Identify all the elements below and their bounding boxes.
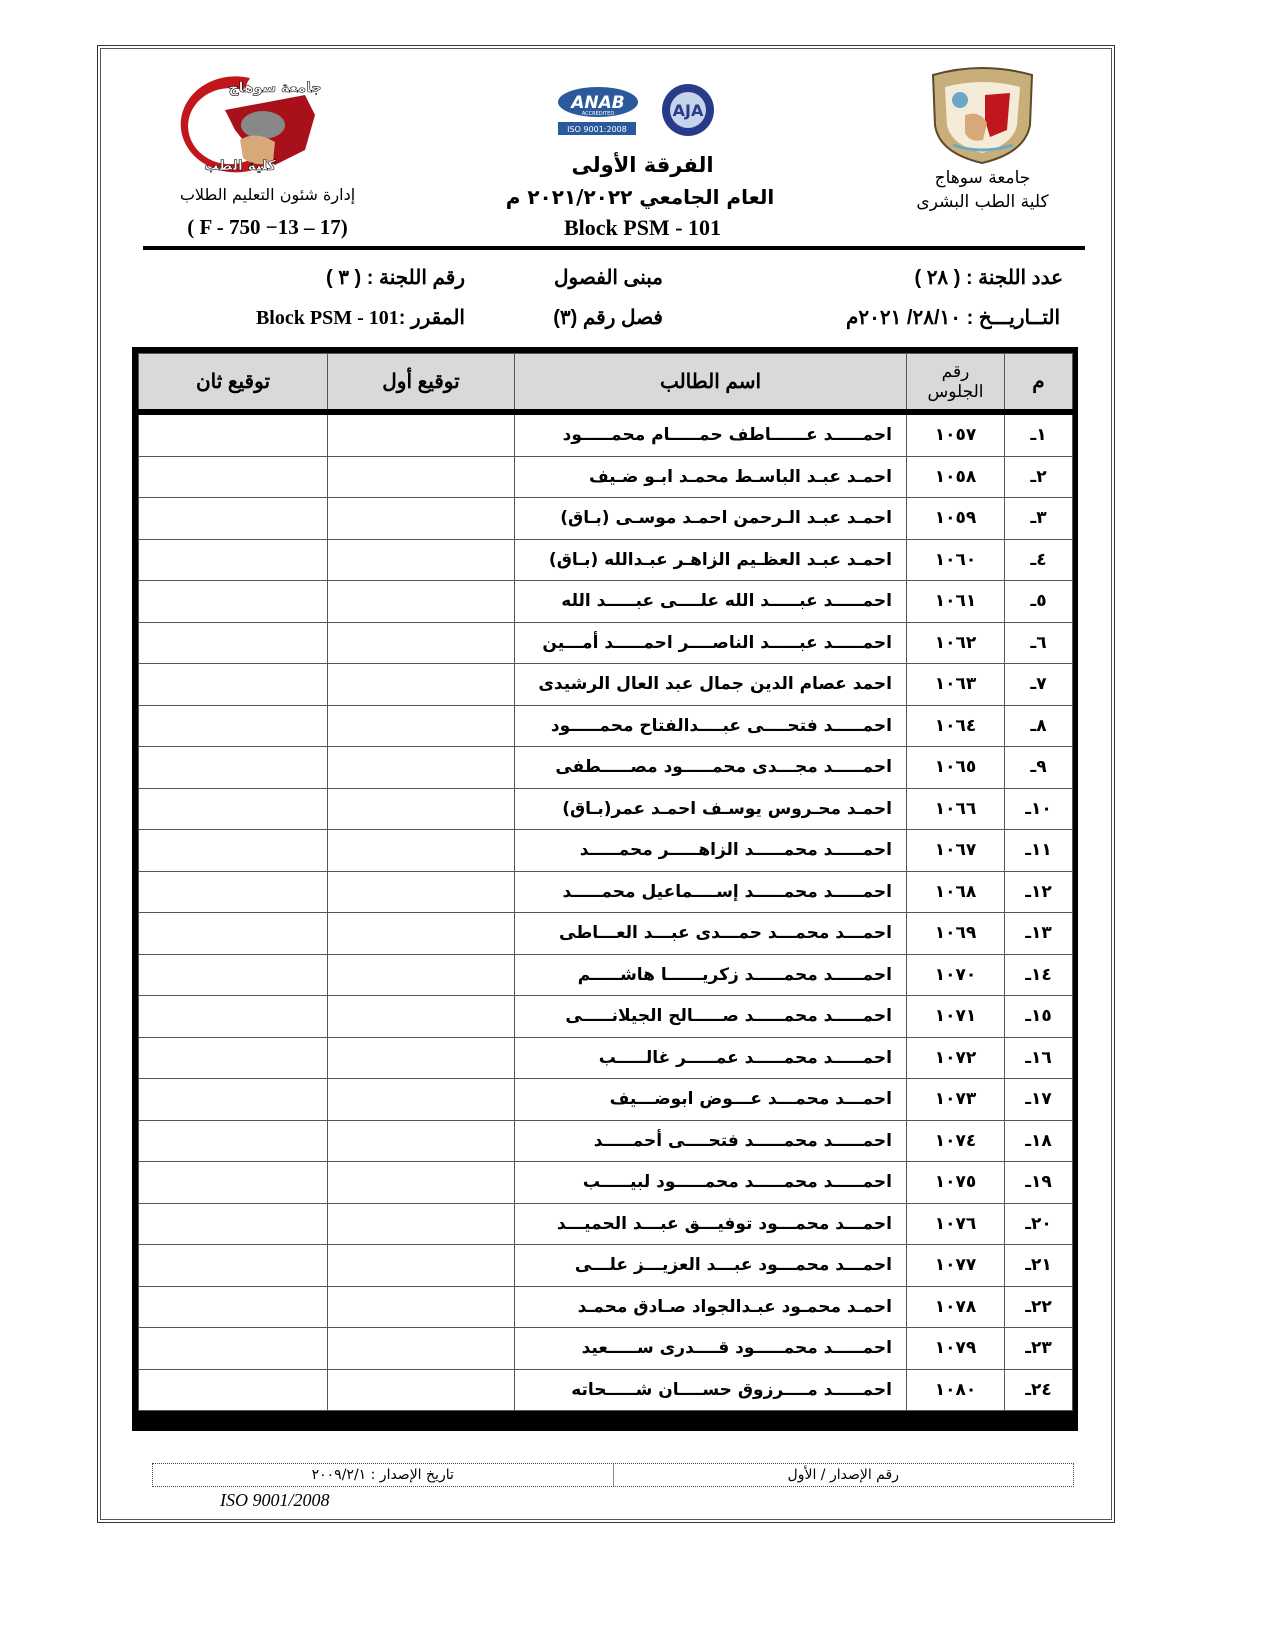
student-name: احمـــــد محمـــــد صـــــالح الجيلانـــ… [515, 996, 907, 1038]
first-signature-cell[interactable] [328, 498, 515, 540]
first-signature-cell[interactable] [328, 1037, 515, 1079]
table-row: ١ـ١٠٥٧احمـــــد عــــــاطف حمـــــام محم… [139, 412, 1073, 456]
table-row: ٢٠ـ١٠٧٦احمـــد محمـــود توفيـــق عبـــد … [139, 1203, 1073, 1245]
table-row: ١٥ـ١٠٧١احمـــــد محمـــــد صـــــالح الج… [139, 996, 1073, 1038]
first-signature-cell[interactable] [328, 539, 515, 581]
seat-number: ١٠٦٨ [907, 871, 1005, 913]
student-name: احمـــد محمـــد حمـــدى عبـــد العـــاطى [515, 913, 907, 955]
seat-number: ١٠٦٣ [907, 664, 1005, 706]
second-signature-cell[interactable] [139, 788, 328, 830]
student-name: احمـــــد عــــــاطف حمـــــام محمـــــو… [515, 412, 907, 456]
university-name: جامعة سوهاج [905, 168, 1060, 188]
table-row: ١٠ـ١٠٦٦احمـد محـروس يوسـف احمـد عمر(بـاق… [139, 788, 1073, 830]
academic-level: الفرقة الأولى [500, 153, 785, 177]
form-code: ( F - 750 −13 – 17) [160, 215, 375, 240]
seat-number: ١٠٧٧ [907, 1245, 1005, 1287]
first-signature-cell[interactable] [328, 1286, 515, 1328]
second-signature-cell[interactable] [139, 664, 328, 706]
student-name: احمـد محـروس يوسـف احمـد عمر(بـاق) [515, 788, 907, 830]
row-index: ٥ـ [1005, 581, 1073, 623]
column-header-seat-number: رقم الجلوس [907, 354, 1005, 413]
row-index: ١٠ـ [1005, 788, 1073, 830]
second-signature-cell[interactable] [139, 830, 328, 872]
second-signature-cell[interactable] [139, 1286, 328, 1328]
student-name: احمـــــد مــــرزوق حســــان شـــــحاته [515, 1369, 907, 1411]
committee-number: رقم اللجنة : ( ٣ ) [326, 265, 465, 290]
table-row: ١٧ـ١٠٧٣احمـــد محمـــد عـــوض ابوضـــيف [139, 1079, 1073, 1121]
seat-number: ١٠٧٣ [907, 1079, 1005, 1121]
first-signature-cell[interactable] [328, 1079, 515, 1121]
row-index: ١٢ـ [1005, 871, 1073, 913]
second-signature-cell[interactable] [139, 1203, 328, 1245]
seat-number: ١٠٨٠ [907, 1369, 1005, 1411]
table-row: ٢١ـ١٠٧٧احمـــد محمـــود عبـــد العزيـــز… [139, 1245, 1073, 1287]
student-name: احمـــد محمـــود عبـــد العزيـــز علـــى [515, 1245, 907, 1287]
second-signature-cell[interactable] [139, 913, 328, 955]
first-signature-cell[interactable] [328, 996, 515, 1038]
issue-info-box: رقم الإصدار / الأول تاريخ الإصدار : ٢٠٠٩… [152, 1463, 1074, 1487]
student-name: احمـــــد محمـــــد محمـــــود لبيـــــب [515, 1162, 907, 1204]
seat-number: ١٠٦٢ [907, 622, 1005, 664]
row-index: ٤ـ [1005, 539, 1073, 581]
row-index: ٢٤ـ [1005, 1369, 1073, 1411]
first-signature-cell[interactable] [328, 788, 515, 830]
second-signature-cell[interactable] [139, 622, 328, 664]
first-signature-cell[interactable] [328, 456, 515, 498]
second-signature-cell[interactable] [139, 1120, 328, 1162]
table-row: ٥ـ١٠٦١احمـــــد عبـــــد الله علــــى عب… [139, 581, 1073, 623]
table-header-row: م رقم الجلوس اسم الطالب توقيع أول توقيع … [139, 354, 1073, 413]
student-name: احمـد محمـود عبـدالجواد صـادق محمـد [515, 1286, 907, 1328]
course: المقرر :Block PSM - 101 [256, 305, 465, 330]
table-row: ١٩ـ١٠٧٥احمـــــد محمـــــد محمـــــود لب… [139, 1162, 1073, 1204]
second-signature-cell[interactable] [139, 498, 328, 540]
row-index: ١ـ [1005, 412, 1073, 456]
building: مبنى الفصول [554, 265, 663, 290]
second-signature-cell[interactable] [139, 996, 328, 1038]
committee-count: عدد اللجنة : ( ٢٨ ) [914, 265, 1063, 290]
table-row: ١٤ـ١٠٧٠احمـــــد محمـــــد زكريــــــا ه… [139, 954, 1073, 996]
table-row: ١٢ـ١٠٦٨احمـــــد محمـــــد إســــماعيل م… [139, 871, 1073, 913]
seat-number: ١٠٦٦ [907, 788, 1005, 830]
faculty-name: كلية الطب البشرى [905, 192, 1060, 212]
first-signature-cell[interactable] [328, 412, 515, 456]
first-signature-cell[interactable] [328, 1120, 515, 1162]
course-label: المقرر : [399, 307, 465, 329]
seat-number: ١٠٦٩ [907, 913, 1005, 955]
student-roster-table: م رقم الجلوس اسم الطالب توقيع أول توقيع … [138, 353, 1073, 1411]
student-name: احمد عصام الدين جمال عبد العال الرشيدى [515, 664, 907, 706]
seat-number: ١٠٧٩ [907, 1328, 1005, 1370]
issue-date: تاريخ الإصدار : ٢٠٠٩/٢/١ [153, 1464, 614, 1486]
academic-year: العام الجامعي ٢٠٢١/٢٠٢٢ م [480, 185, 800, 209]
second-signature-cell[interactable] [139, 1328, 328, 1370]
row-index: ٦ـ [1005, 622, 1073, 664]
seat-number: ١٠٦٧ [907, 830, 1005, 872]
row-index: ١٥ـ [1005, 996, 1073, 1038]
exam-date: التــاريـــخ : ٢٨/١٠/ ٢٠٢١م [846, 305, 1060, 330]
course-value: Block PSM - 101 [256, 307, 399, 329]
second-signature-cell[interactable] [139, 1162, 328, 1204]
seat-number: ١٠٧١ [907, 996, 1005, 1038]
second-signature-cell[interactable] [139, 1037, 328, 1079]
svg-text:كلية الطب: كلية الطب [204, 158, 276, 174]
table-row: ٩ـ١٠٦٥احمـــــد مجـــدى محمـــــود مصـــ… [139, 747, 1073, 789]
table-row: ٢٢ـ١٠٧٨احمـد محمـود عبـدالجواد صـادق محم… [139, 1286, 1073, 1328]
seat-number: ١٠٦٤ [907, 705, 1005, 747]
row-index: ٢٠ـ [1005, 1203, 1073, 1245]
seat-number: ١٠٧٥ [907, 1162, 1005, 1204]
first-signature-cell[interactable] [328, 830, 515, 872]
row-index: ١٨ـ [1005, 1120, 1073, 1162]
anab-aja-accreditation-logos-icon: ANAB ACCREDITED ISO 9001:2008 AJA [555, 82, 727, 140]
table-row: ٢٤ـ١٠٨٠احمـــــد مــــرزوق حســــان شـــ… [139, 1369, 1073, 1411]
first-signature-cell[interactable] [328, 913, 515, 955]
student-name: احمـد عبـد العظـيم الزاهـر عبـدالله (بـا… [515, 539, 907, 581]
svg-text:ACCREDITED: ACCREDITED [582, 111, 614, 117]
student-name: احمـــــد فتحــــى عبــــدالفتاح محمــــ… [515, 705, 907, 747]
row-index: ١٣ـ [1005, 913, 1073, 955]
seat-number: ١٠٦٠ [907, 539, 1005, 581]
seat-number: ١٠٧٤ [907, 1120, 1005, 1162]
table-row: ١٨ـ١٠٧٤احمـــــد محمـــــد فتحــــى أحمـ… [139, 1120, 1073, 1162]
row-index: ٧ـ [1005, 664, 1073, 706]
second-signature-cell[interactable] [139, 412, 328, 456]
block-code: Block PSM - 101 [500, 215, 785, 241]
student-name: احمـــد محمـــود توفيـــق عبـــد الحميــ… [515, 1203, 907, 1245]
row-index: ١٧ـ [1005, 1079, 1073, 1121]
row-index: ٢٣ـ [1005, 1328, 1073, 1370]
seat-number: ١٠٧٢ [907, 1037, 1005, 1079]
table-row: ٨ـ١٠٦٤احمـــــد فتحــــى عبــــدالفتاح م… [139, 705, 1073, 747]
table-row: ٢ـ١٠٥٨احمـد عبـد الباسـط محمـد ابـو ضـيف [139, 456, 1073, 498]
first-signature-cell[interactable] [328, 1369, 515, 1411]
student-name: احمـد عبـد الـرحمن احمـد موسـى (بـاق) [515, 498, 907, 540]
column-header-second-signature: توقيع ثان [139, 354, 328, 413]
seat-number: ١٠٥٧ [907, 412, 1005, 456]
seat-number: ١٠٧٨ [907, 1286, 1005, 1328]
seat-number: ١٠٥٩ [907, 498, 1005, 540]
second-signature-cell[interactable] [139, 539, 328, 581]
table-row: ١١ـ١٠٦٧احمـــــد محمـــــد الزاهـــــر م… [139, 830, 1073, 872]
row-index: ٩ـ [1005, 747, 1073, 789]
svg-text:AJA: AJA [673, 101, 704, 120]
student-name: احمـد عبـد الباسـط محمـد ابـو ضـيف [515, 456, 907, 498]
row-index: ٢١ـ [1005, 1245, 1073, 1287]
student-name: احمـــــد محمـــــد الزاهـــــر محمـــــ… [515, 830, 907, 872]
column-header-first-signature: توقيع أول [328, 354, 515, 413]
seat-number: ١٠٦٥ [907, 747, 1005, 789]
first-signature-cell[interactable] [328, 1245, 515, 1287]
department-name: إدارة شئون التعليم الطلاب [160, 185, 375, 204]
seat-number: ١٠٧٦ [907, 1203, 1005, 1245]
second-signature-cell[interactable] [139, 871, 328, 913]
column-header-index: م [1005, 354, 1073, 413]
second-signature-cell[interactable] [139, 705, 328, 747]
issue-number: رقم الإصدار / الأول [614, 1464, 1074, 1486]
first-signature-cell[interactable] [328, 1162, 515, 1204]
table-row: ٢٣ـ١٠٧٩احمـــــد محمـــــود قــــدرى ســ… [139, 1328, 1073, 1370]
second-signature-cell[interactable] [139, 456, 328, 498]
row-index: ١١ـ [1005, 830, 1073, 872]
row-index: ١٩ـ [1005, 1162, 1073, 1204]
student-name: احمـــــد محمـــــود قــــدرى ســـــعيد [515, 1328, 907, 1370]
student-name: احمـــــد عبـــــد الله علــــى عبـــــد… [515, 581, 907, 623]
student-name: احمـــــد محمـــــد إســــماعيل محمـــــ… [515, 871, 907, 913]
faculty-medicine-logo-icon: جامعة سوهاج كلية الطب [155, 70, 330, 175]
table-row: ١٣ـ١٠٦٩احمـــد محمـــد حمـــدى عبـــد ال… [139, 913, 1073, 955]
table-row: ٦ـ١٠٦٢احمـــــد عبـــــد الناصــــر احمـ… [139, 622, 1073, 664]
svg-text:ISO 9001:2008: ISO 9001:2008 [567, 125, 627, 134]
row-index: ٢ـ [1005, 456, 1073, 498]
iso-standard: ISO 9001/2008 [220, 1490, 330, 1511]
first-signature-cell[interactable] [328, 871, 515, 913]
table-row: ٤ـ١٠٦٠احمـد عبـد العظـيم الزاهـر عبـدالل… [139, 539, 1073, 581]
seat-number: ١٠٧٠ [907, 954, 1005, 996]
second-signature-cell[interactable] [139, 747, 328, 789]
table-row: ١٦ـ١٠٧٢احمـــــد محمـــــد عمـــــر غالـ… [139, 1037, 1073, 1079]
student-name: احمـــــد محمـــــد عمـــــر غالـــــب [515, 1037, 907, 1079]
student-name: احمـــــد محمـــــد زكريــــــا هاشـــــ… [515, 954, 907, 996]
first-signature-cell[interactable] [328, 954, 515, 996]
student-name: احمـــد محمـــد عـــوض ابوضـــيف [515, 1079, 907, 1121]
header-divider [143, 246, 1085, 250]
svg-text:ANAB: ANAB [569, 93, 625, 113]
svg-text:جامعة سوهاج: جامعة سوهاج [229, 80, 322, 96]
student-name: احمـــــد محمـــــد فتحــــى أحمـــــد [515, 1120, 907, 1162]
second-signature-cell[interactable] [139, 581, 328, 623]
seat-number: ١٠٥٨ [907, 456, 1005, 498]
table-row: ٣ـ١٠٥٩احمـد عبـد الـرحمن احمـد موسـى (بـ… [139, 498, 1073, 540]
column-header-student-name: اسم الطالب [515, 354, 907, 413]
second-signature-cell[interactable] [139, 954, 328, 996]
first-signature-cell[interactable] [328, 1328, 515, 1370]
student-name: احمـــــد مجـــدى محمـــــود مصـــــطفى [515, 747, 907, 789]
row-index: ١٤ـ [1005, 954, 1073, 996]
table-row: ٧ـ١٠٦٣احمد عصام الدين جمال عبد العال الر… [139, 664, 1073, 706]
student-name: احمـــــد عبـــــد الناصــــر احمـــــد … [515, 622, 907, 664]
second-signature-cell[interactable] [139, 1079, 328, 1121]
row-index: ٢٢ـ [1005, 1286, 1073, 1328]
second-signature-cell[interactable] [139, 1245, 328, 1287]
first-signature-cell[interactable] [328, 664, 515, 706]
seat-number: ١٠٦١ [907, 581, 1005, 623]
first-signature-cell[interactable] [328, 747, 515, 789]
first-signature-cell[interactable] [328, 581, 515, 623]
second-signature-cell[interactable] [139, 1369, 328, 1411]
row-index: ٣ـ [1005, 498, 1073, 540]
first-signature-cell[interactable] [328, 705, 515, 747]
first-signature-cell[interactable] [328, 1203, 515, 1245]
row-index: ١٦ـ [1005, 1037, 1073, 1079]
row-index: ٨ـ [1005, 705, 1073, 747]
sohag-university-crest-icon [925, 65, 1040, 165]
class-number: فصل رقم (٣) [553, 305, 663, 330]
first-signature-cell[interactable] [328, 622, 515, 664]
